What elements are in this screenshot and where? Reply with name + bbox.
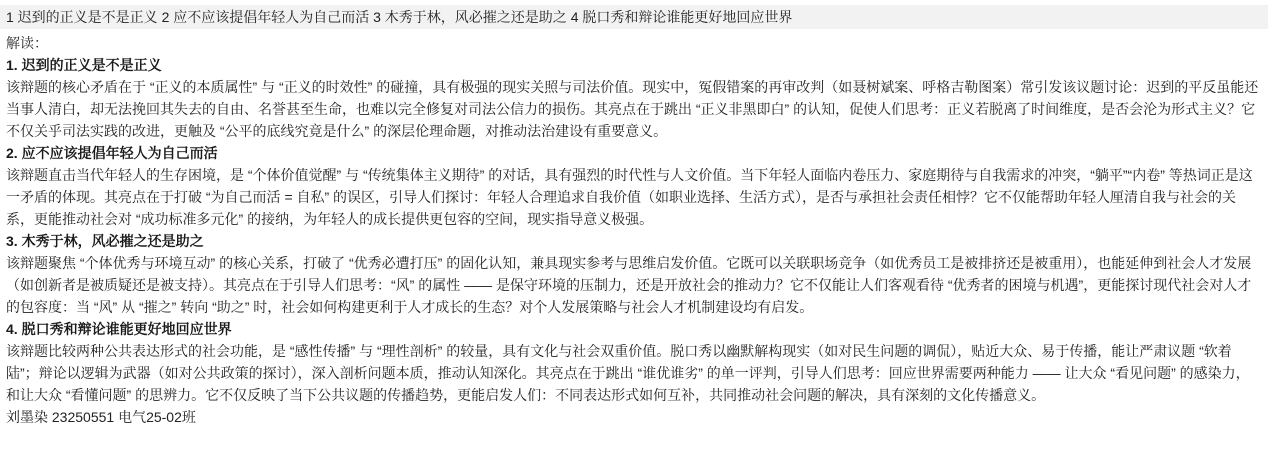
section-1-body: 该辩题的核心矛盾在于 “正义的本质属性” 与 “正义的时效性” 的碰撞，具有极强… <box>6 76 1262 142</box>
section-standup-vs-debate: 4. 脱口秀和辩论谁能更好地回应世界 该辩题比较两种公共表达形式的社会功能，是 … <box>6 318 1262 406</box>
section-1-heading: 1. 迟到的正义是不是正义 <box>6 54 1262 76</box>
intro-label: 解读： <box>6 32 1262 54</box>
section-4-heading: 4. 脱口秀和辩论谁能更好地回应世界 <box>6 318 1262 340</box>
section-tall-tree-wind: 3. 木秀于林，风必摧之还是助之 该辩题聚焦 “个体优秀与环境互动” 的核心关系… <box>6 230 1262 318</box>
author-signature: 刘墨染 23250551 电气25-02班 <box>6 406 1262 428</box>
section-live-for-self: 2. 应不应该提倡年轻人为自己而活 该辩题直击当代年轻人的生存困境，是 “个体价… <box>6 142 1262 230</box>
section-4-body: 该辩题比较两种公共表达形式的社会功能，是 “感性传播” 与 “理性剖析” 的较量… <box>6 340 1262 406</box>
document-body: 1 迟到的正义是不是正义 2 应不应该提倡年轻人为自己而活 3 木秀于林，风必摧… <box>0 0 1268 428</box>
section-3-body: 该辩题聚焦 “个体优秀与环境互动” 的核心关系，打破了 “优秀必遭打压” 的固化… <box>6 252 1262 318</box>
debate-topics-title-line: 1 迟到的正义是不是正义 2 应不应该提倡年轻人为自己而活 3 木秀于林，风必摧… <box>0 5 1268 29</box>
section-3-heading: 3. 木秀于林，风必摧之还是助之 <box>6 230 1262 252</box>
section-justice: 1. 迟到的正义是不是正义 该辩题的核心矛盾在于 “正义的本质属性” 与 “正义… <box>6 54 1262 142</box>
section-2-body: 该辩题直击当代年轻人的生存困境，是 “个体价值觉醒” 与 “传统集体主义期待” … <box>6 164 1262 230</box>
section-2-heading: 2. 应不应该提倡年轻人为自己而活 <box>6 142 1262 164</box>
